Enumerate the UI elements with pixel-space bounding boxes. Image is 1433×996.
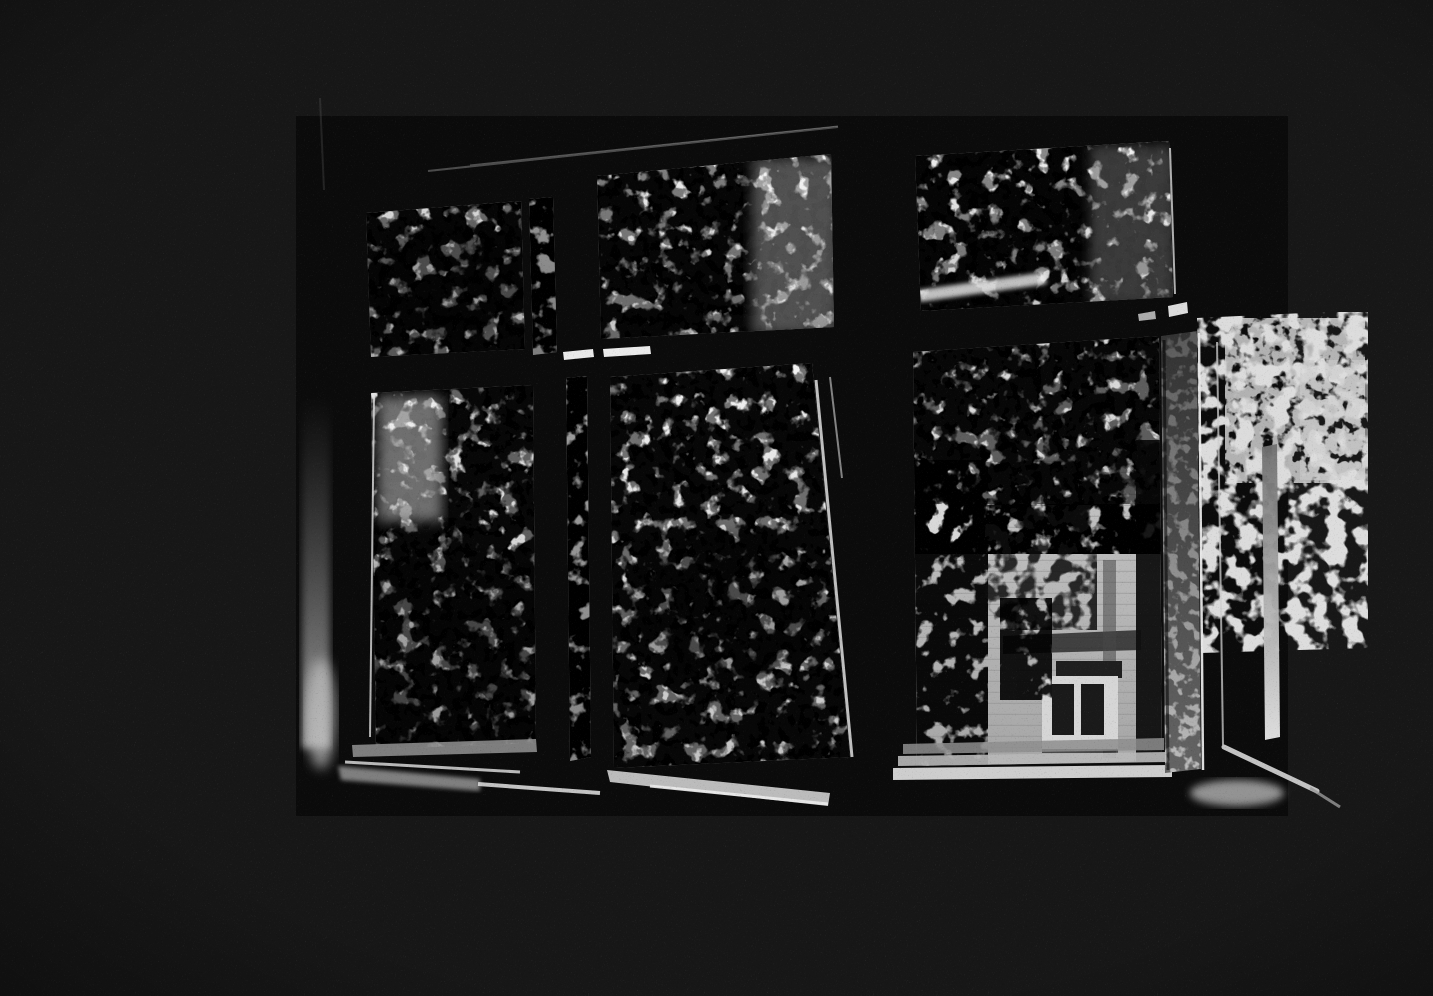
photograph: [0, 0, 1433, 996]
photo-canvas: [0, 0, 1433, 996]
vignette-overlay: [0, 0, 1433, 996]
